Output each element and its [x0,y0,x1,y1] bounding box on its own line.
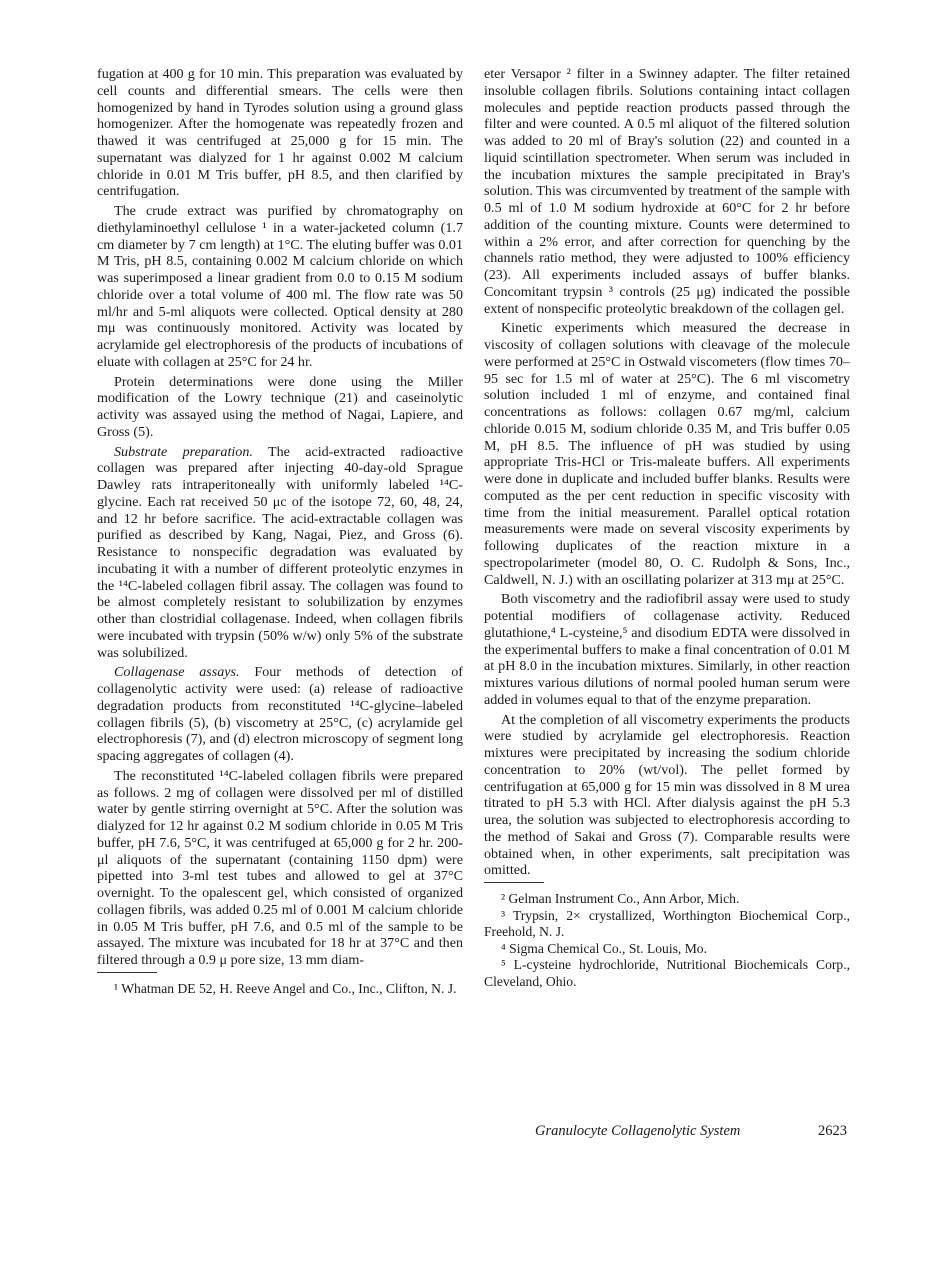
right-column: eter Versapor ² filter in a Swinney adap… [484,66,850,990]
paragraph-text: The acid-extracted radioactive collagen … [97,444,463,661]
paragraph: The reconstituted ¹⁴C-labeled collagen f… [97,768,463,969]
section-heading: Collagenase assays. [114,664,240,680]
footnotes: ² Gelman Instrument Co., Ann Arbor, Mich… [484,891,850,990]
paragraph-collagenase-assays: Collagenase assays. Four methods of dete… [97,664,463,765]
paragraph-substrate-preparation: Substrate preparation. The acid-extracte… [97,444,463,662]
footnote-divider [484,882,544,883]
footnote: ¹ Whatman DE 52, H. Reeve Angel and Co.,… [97,981,463,998]
paragraph: Both viscometry and the radiofibril assa… [484,591,850,708]
paragraph: The crude extract was purified by chroma… [97,203,463,371]
paragraph: Protein determinations were done using t… [97,374,463,441]
footnote: ³ Trypsin, 2× crystallized, Worthington … [484,908,850,941]
footnote-divider [97,972,157,973]
paragraph: eter Versapor ² filter in a Swinney adap… [484,66,850,317]
left-column: fugation at 400 g for 10 min. This prepa… [97,66,463,997]
footnote: ² Gelman Instrument Co., Ann Arbor, Mich… [484,891,850,908]
running-title: Granulocyte Collagenolytic System [535,1123,740,1140]
paragraph: Kinetic experiments which measured the d… [484,320,850,588]
footnotes: ¹ Whatman DE 52, H. Reeve Angel and Co.,… [97,981,463,998]
footnote: ⁵ L-cysteine hydrochloride, Nutritional … [484,957,850,990]
section-heading: Substrate preparation. [114,444,253,460]
page-footer: Granulocyte Collagenolytic System 2623 [535,1123,847,1140]
paragraph: At the completion of all viscometry expe… [484,712,850,880]
footnote: ⁴ Sigma Chemical Co., St. Louis, Mo. [484,941,850,958]
page-number: 2623 [818,1123,847,1140]
paragraph: fugation at 400 g for 10 min. This prepa… [97,66,463,200]
